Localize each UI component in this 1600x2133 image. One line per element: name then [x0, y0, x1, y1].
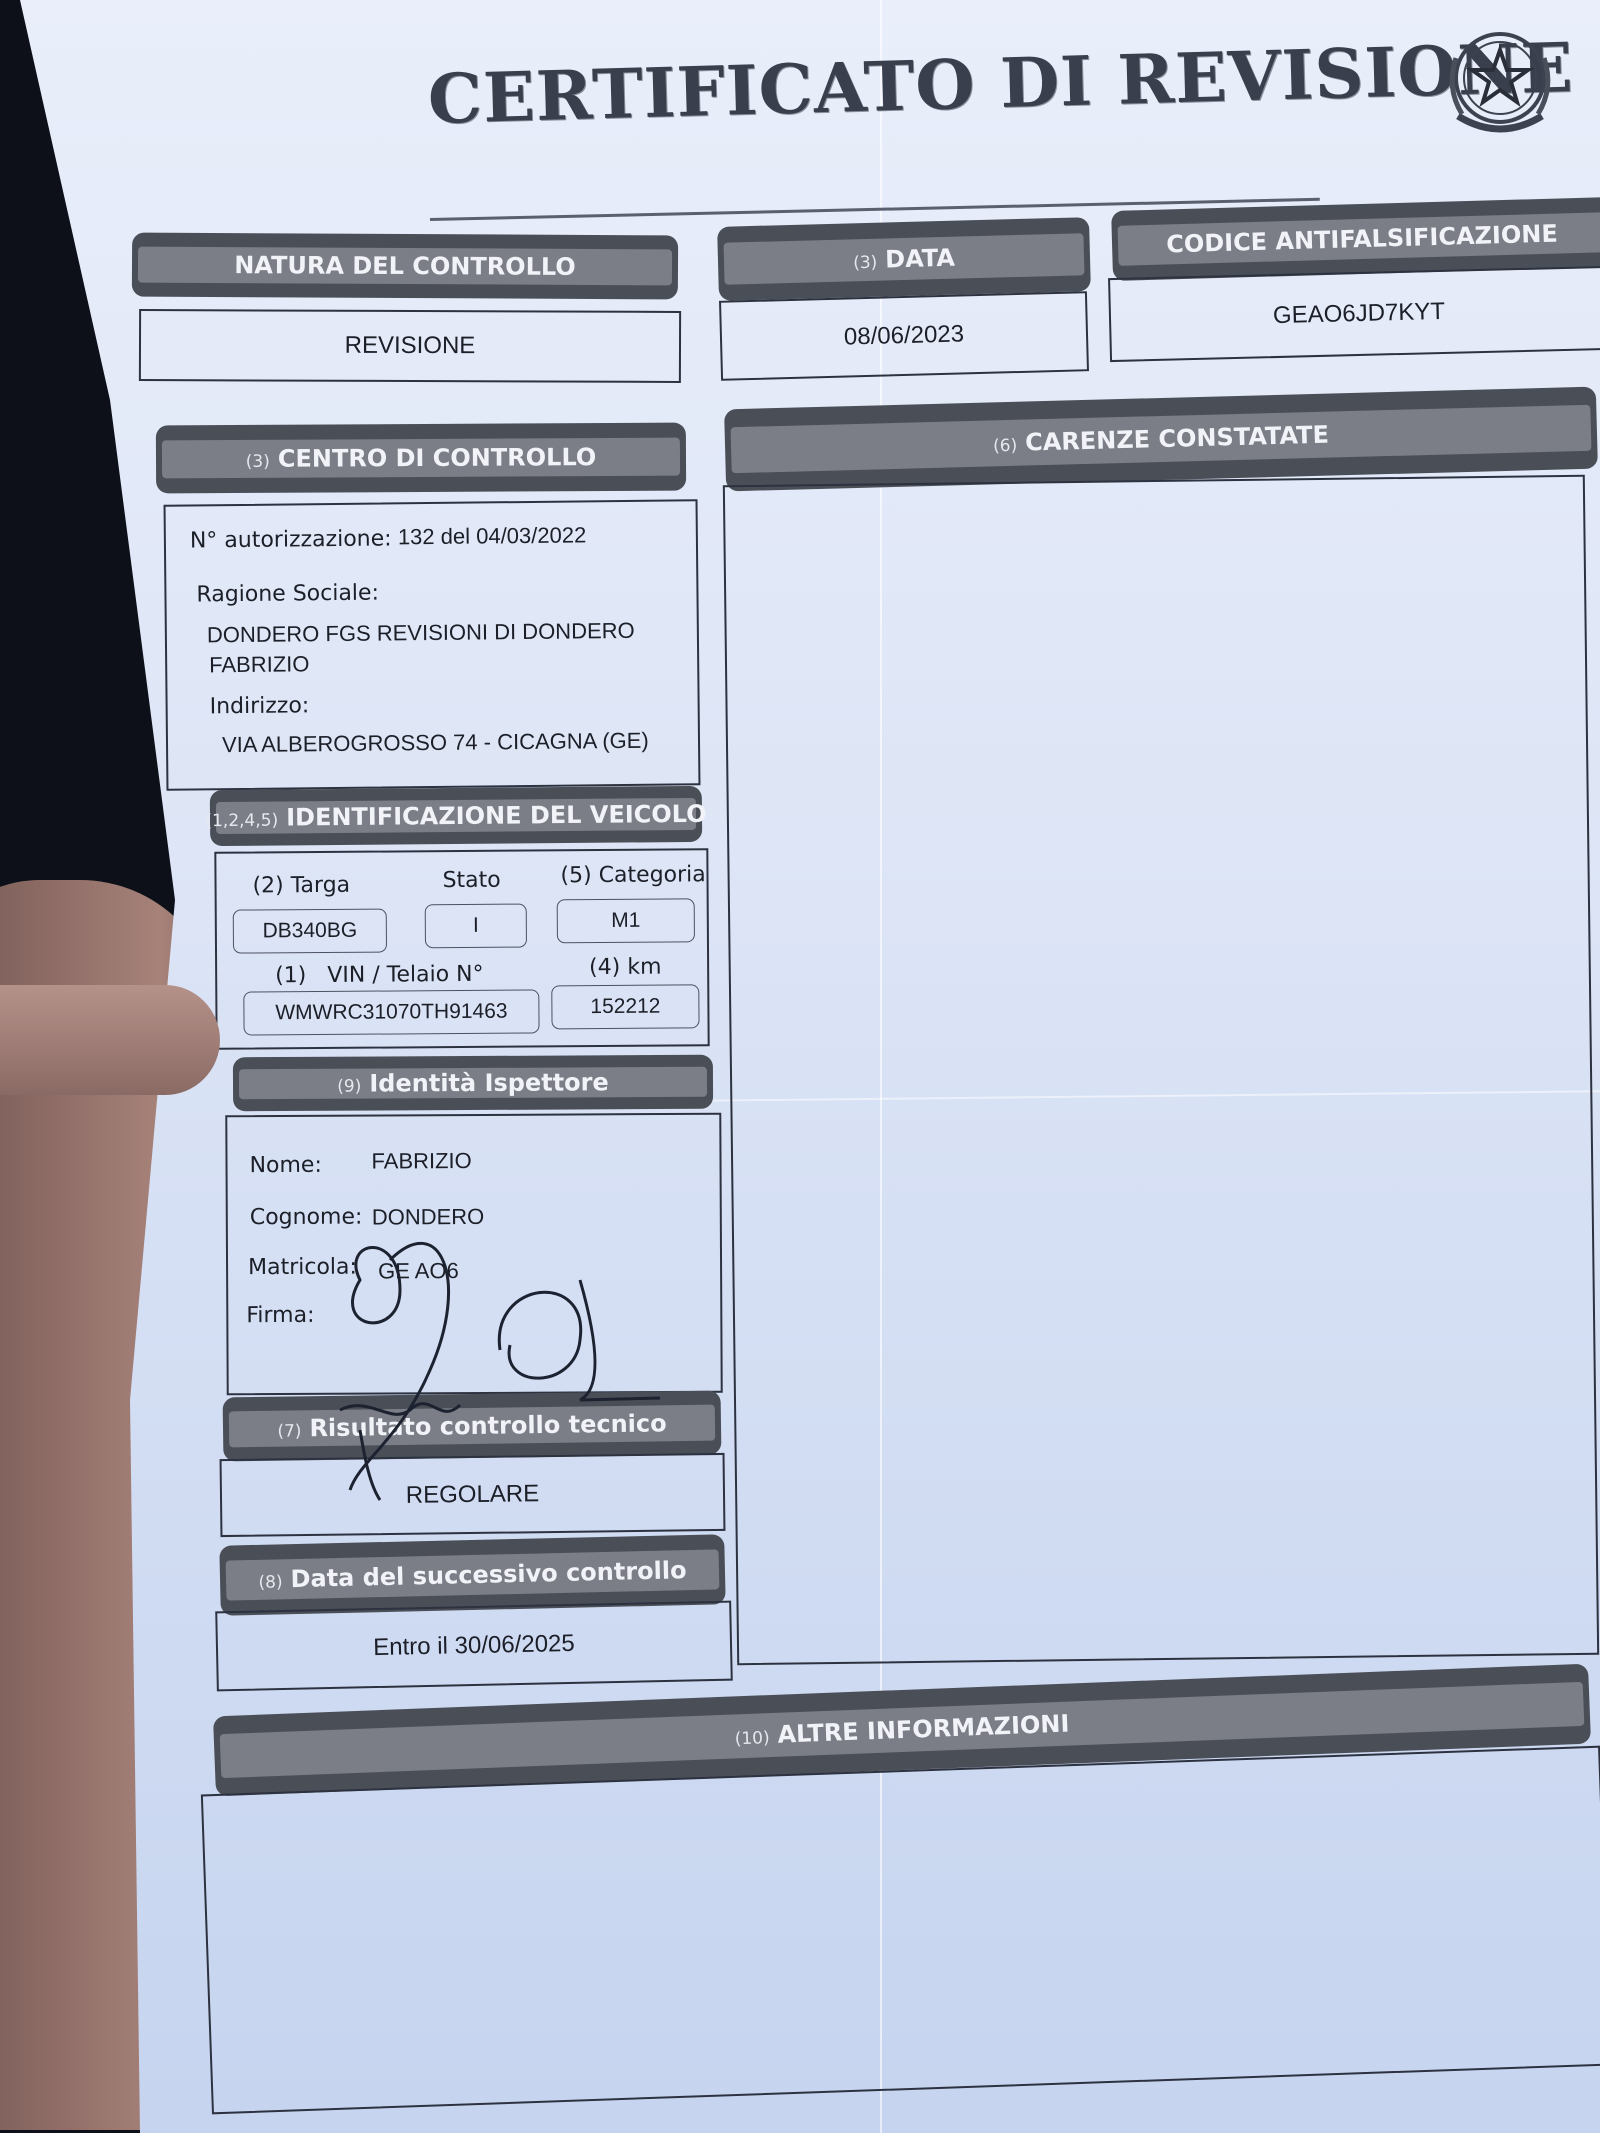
- natura-value-box: REVISIONE: [139, 309, 681, 383]
- codice-value-box: GEAO6JD7KYT: [1108, 266, 1600, 362]
- risultato-header-number: (7): [277, 1421, 301, 1441]
- natura-header-label: NATURA DEL CONTROLLO: [234, 251, 576, 281]
- veicolo-header-label: IDENTIFICAZIONE DEL VEICOLO: [286, 800, 707, 832]
- matricola-label: Matricola:: [248, 1255, 357, 1281]
- carenze-box: [723, 475, 1599, 1665]
- risultato-value: REGOLARE: [406, 1480, 540, 1510]
- targa-value: DB340BG: [263, 919, 358, 944]
- carenze-header-number: (6): [993, 436, 1018, 457]
- ispettore-header: (9)Identità Ispettore: [233, 1055, 713, 1112]
- nome-label: Nome:: [249, 1153, 321, 1178]
- successivo-value-box: Entro il 30/06/2025: [215, 1601, 733, 1692]
- ragione-sociale-line2: FABRIZIO: [209, 651, 310, 678]
- nome-value: FABRIZIO: [371, 1148, 471, 1175]
- categoria-field: M1: [557, 898, 695, 943]
- km-value: 152212: [590, 995, 660, 1019]
- stato-value: I: [473, 914, 479, 938]
- cognome-value: DONDERO: [372, 1204, 485, 1231]
- stato-field: I: [425, 904, 527, 949]
- ispettore-header-number: (9): [337, 1077, 361, 1097]
- cognome-label: Cognome:: [250, 1205, 363, 1231]
- centro-header-label: CENTRO DI CONTROLLO: [278, 443, 597, 473]
- ragione-sociale-label: Ragione Sociale:: [196, 581, 379, 608]
- carenze-header-label: CARENZE CONSTATATE: [1025, 421, 1330, 457]
- risultato-header: (7)Risultato controllo tecnico: [223, 1391, 722, 1462]
- autorizzazione-value: 132 del 04/03/2022: [398, 522, 587, 550]
- veicolo-header: (1,2,4,5)IDENTIFICAZIONE DEL VEICOLO: [210, 786, 702, 846]
- targa-field: DB340BG: [233, 909, 387, 954]
- centro-box: N° autorizzazione: 132 del 04/03/2022 Ra…: [164, 499, 701, 791]
- ispettore-box: Nome: FABRIZIO Cognome: DONDERO Matricol…: [225, 1113, 722, 1396]
- km-field: 152212: [551, 984, 699, 1029]
- altre-header-number: (10): [734, 1728, 770, 1749]
- centro-header: (3)CENTRO DI CONTROLLO: [156, 423, 686, 494]
- data-header: (3)DATA: [717, 217, 1091, 301]
- risultato-value-box: REGOLARE: [220, 1453, 726, 1537]
- vin-field: WMWRC31070TH91463: [243, 989, 539, 1035]
- risultato-header-label: Risultato controllo tecnico: [309, 1409, 667, 1442]
- centro-header-number: (3): [246, 452, 270, 472]
- matricola-value: GE AO6: [378, 1258, 459, 1284]
- vin-label: VIN / Telaio N°: [327, 962, 483, 988]
- firma-label: Firma:: [246, 1303, 314, 1328]
- ispettore-header-label: Identità Ispettore: [369, 1068, 609, 1097]
- altre-header-label: ALTRE INFORMAZIONI: [777, 1710, 1070, 1749]
- codice-header-label: CODICE ANTIFALSIFICAZIONE: [1166, 220, 1558, 259]
- successivo-value: Entro il 30/06/2025: [373, 1630, 575, 1662]
- indirizzo-value: VIA ALBEROGROSSO 74 - CICAGNA (GE): [222, 728, 649, 758]
- certificate-paper: CERTIFICATO DI REVISIONE NATURA DEL CONT…: [0, 0, 1600, 2133]
- holding-thumb: [0, 985, 220, 1095]
- successivo-header-label: Data del successivo controllo: [290, 1556, 687, 1593]
- altre-box: [201, 1746, 1600, 2115]
- natura-value: REVISIONE: [345, 332, 476, 360]
- data-header-label: DATA: [885, 244, 955, 274]
- veicolo-header-number: (1,2,4,5): [205, 811, 278, 832]
- repubblica-italiana-emblem-icon: [1440, 18, 1560, 158]
- data-value-box: 08/06/2023: [719, 291, 1089, 381]
- stato-label: Stato: [442, 868, 500, 893]
- document-title: CERTIFICATO DI REVISIONE: [427, 35, 1329, 140]
- km-label: (4) km: [589, 955, 662, 981]
- autorizzazione-label: N° autorizzazione:: [190, 526, 392, 553]
- vin-value: WMWRC31070TH91463: [275, 1000, 507, 1026]
- data-value: 08/06/2023: [844, 320, 965, 351]
- veicolo-box: (2) Targa Stato (5) Categoria DB340BG I …: [214, 848, 709, 1049]
- codice-value: GEAO6JD7KYT: [1273, 298, 1446, 330]
- vin-label-number: (1): [275, 963, 306, 988]
- targa-label: (2) Targa: [252, 873, 350, 899]
- indirizzo-label: Indirizzo:: [210, 693, 310, 719]
- categoria-value: M1: [611, 909, 640, 933]
- data-header-number: (3): [853, 253, 878, 274]
- successivo-header-number: (8): [258, 1572, 283, 1593]
- natura-header: NATURA DEL CONTROLLO: [132, 233, 678, 300]
- categoria-label: (5) Categoria: [560, 862, 705, 888]
- ragione-sociale-line1: DONDERO FGS REVISIONI DI DONDERO: [207, 618, 635, 648]
